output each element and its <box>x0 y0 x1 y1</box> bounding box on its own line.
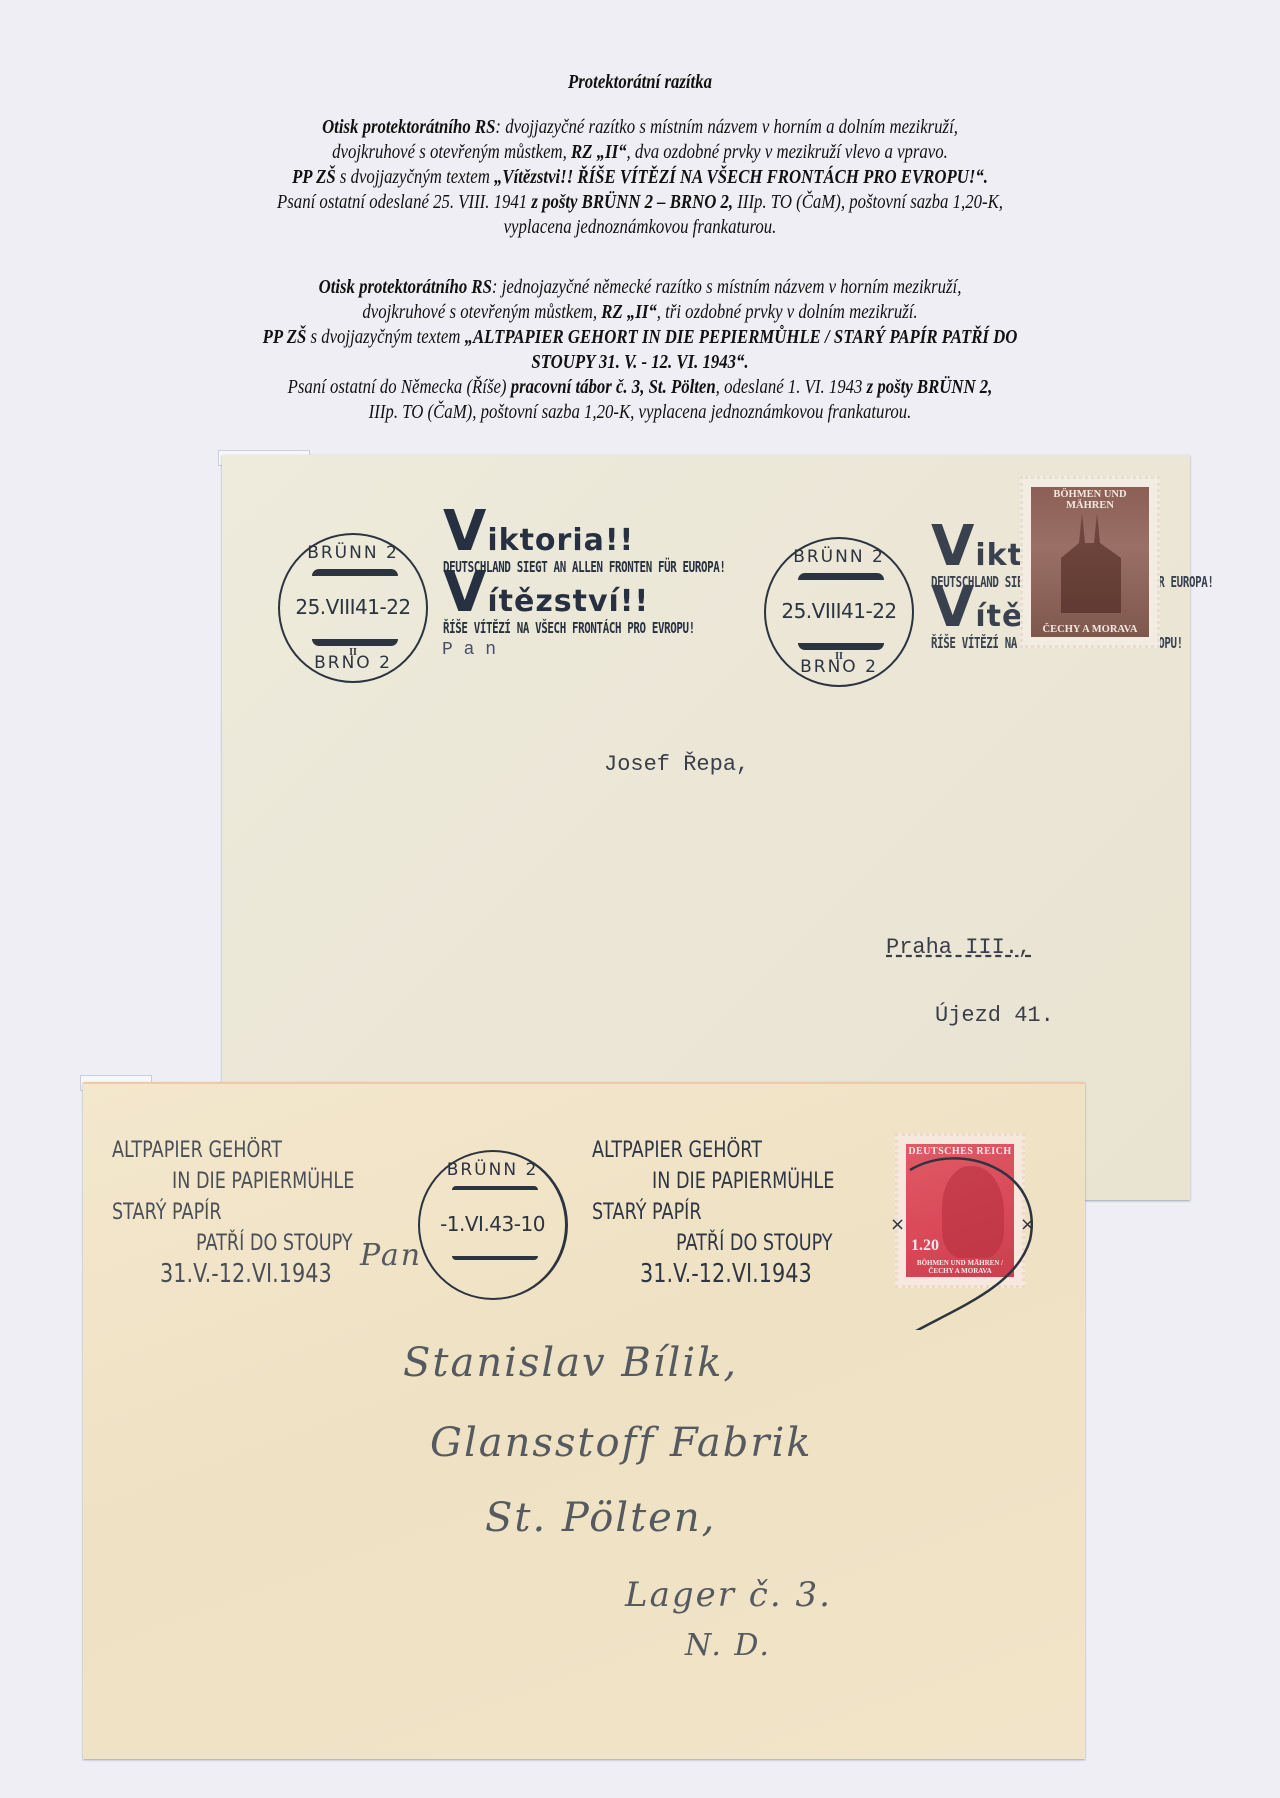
postmark-brunn-1941-b: BRÜNN 2 25.VIII41-22 II BRNO 2 <box>764 537 914 687</box>
page-title: Protektorátní razítka <box>90 70 1191 95</box>
postmark-brunn-1943: BRÜNN 2 -1.VI.43-10 <box>418 1150 568 1300</box>
recipient-city: Praha III., <box>886 935 1031 960</box>
slogan-cancel-3: ALTPAPIER GEHÖRT IN DIE PAPIERMÜHLE STAR… <box>112 1135 294 1290</box>
address-line-2: Glansstoff Fabrik <box>430 1420 813 1466</box>
description-cover-1941: Otisk protektorátního RS: dvojjazyčné ra… <box>90 115 1191 240</box>
pan-label: P a n <box>442 640 496 660</box>
stamp-brno-cathedral: BÖHMEN UND MÄHREN ČECHY A MORAVA <box>1020 476 1160 648</box>
slogan-cancel-4: ALTPAPIER GEHÖRT IN DIE PAPIERMÜHLE STAR… <box>592 1135 774 1290</box>
address-line-1: Stanislav Bílik, <box>403 1340 738 1386</box>
address-line-5: N. D. <box>685 1628 771 1663</box>
postmark-loop-1943: × × <box>840 1130 1040 1330</box>
recipient-street: Újezd 41. <box>935 1003 1054 1028</box>
pan-handwritten: Pan <box>360 1238 422 1273</box>
description-cover-1943: Otisk protektorátního RS: jednojazyčné n… <box>90 275 1191 425</box>
postmark-brunn-1941: BRÜNN 2 25.VIII41-22 II BRNO 2 <box>278 533 428 683</box>
recipient-name: Josef Řepa, <box>604 752 749 777</box>
address-line-3: St. Pölten, <box>485 1495 716 1541</box>
svg-text:×: × <box>890 1214 905 1235</box>
address-line-4: Lager č. 3. <box>625 1575 832 1615</box>
svg-text:×: × <box>1020 1214 1035 1235</box>
cathedral-image <box>1061 513 1121 613</box>
